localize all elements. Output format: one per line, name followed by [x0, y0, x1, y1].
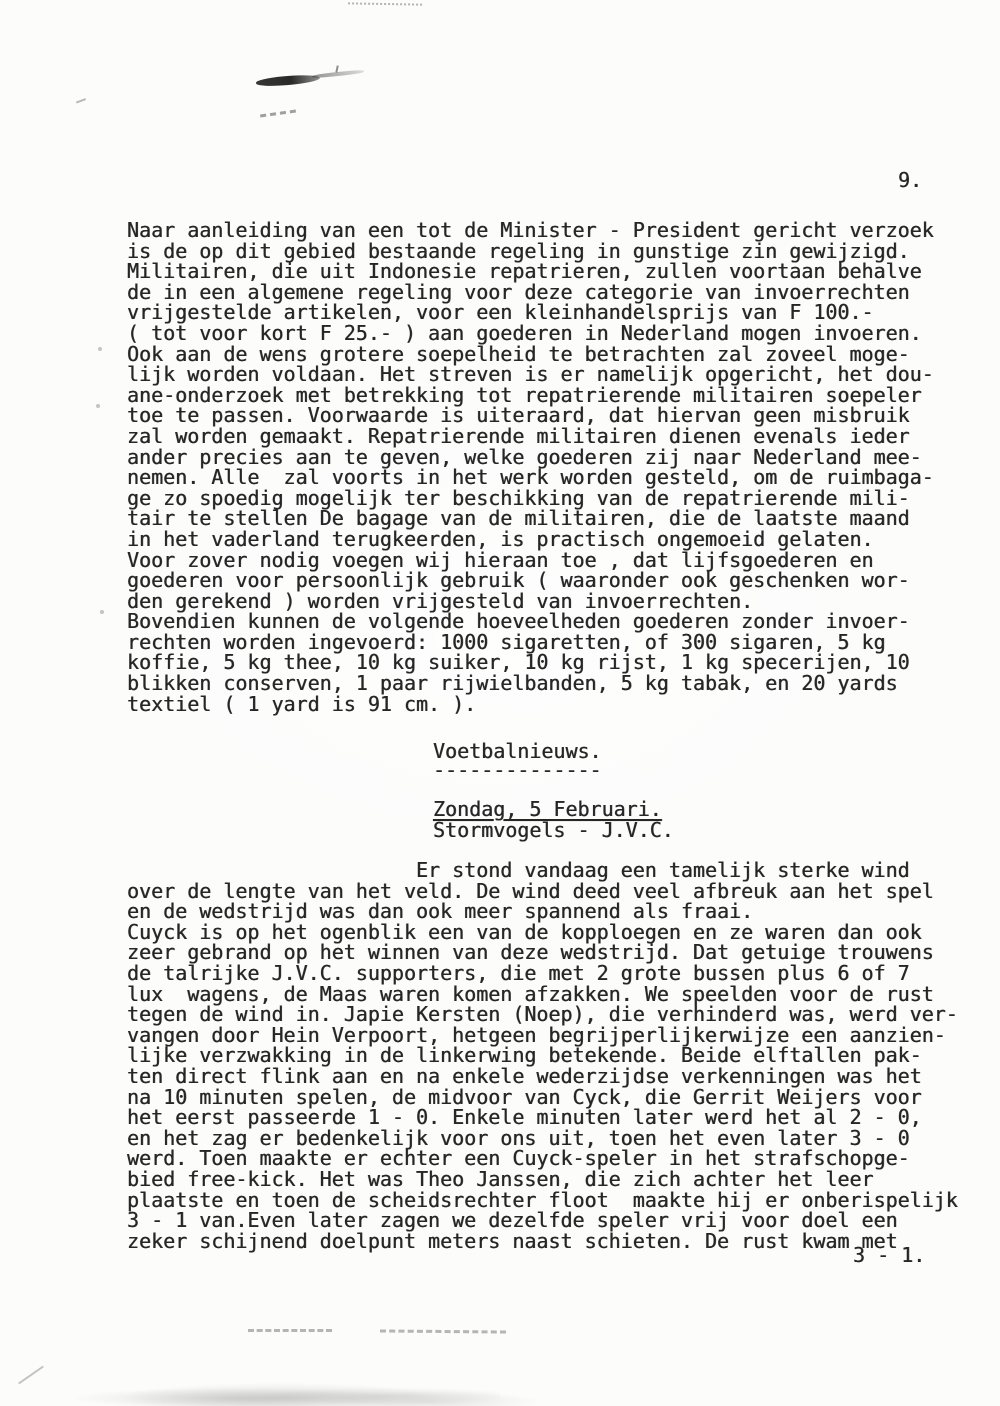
margin-mark-artifact: [74, 93, 86, 104]
page-number: 9.: [898, 170, 922, 191]
scan-speck-artifact: [348, 2, 422, 14]
customs-paragraph: Naar aanleiding van een tot de Minister …: [127, 220, 934, 714]
faded-dashes-artifact: [248, 1329, 332, 1332]
margin-speck-artifact: [98, 347, 102, 351]
pencil-scribble-artifact: [260, 110, 296, 118]
scratch-mark-artifact: [18, 1366, 44, 1385]
bottom-smudge-artifact: [60, 1384, 500, 1406]
margin-speck-artifact: [100, 610, 104, 614]
ink-speck-artifact: [335, 65, 343, 73]
faded-dashes-artifact: [380, 1329, 506, 1333]
match-date: Zondag, 5 Februari.: [433, 799, 662, 820]
ink-smudge-tail-artifact: [312, 69, 364, 78]
heading-underline: --------------: [433, 760, 602, 781]
ink-smudge-artifact: [256, 73, 321, 88]
match-report-paragraph: Er stond vandaag een tamelijk sterke win…: [127, 860, 958, 1251]
scanned-document-page: 9. Naar aanleiding van een tot de Minist…: [0, 0, 1000, 1406]
match-fixture: Stormvogels - J.V.C.: [433, 820, 674, 841]
halftime-score: 3 - 1.: [853, 1245, 925, 1266]
margin-speck-artifact: [96, 404, 100, 408]
